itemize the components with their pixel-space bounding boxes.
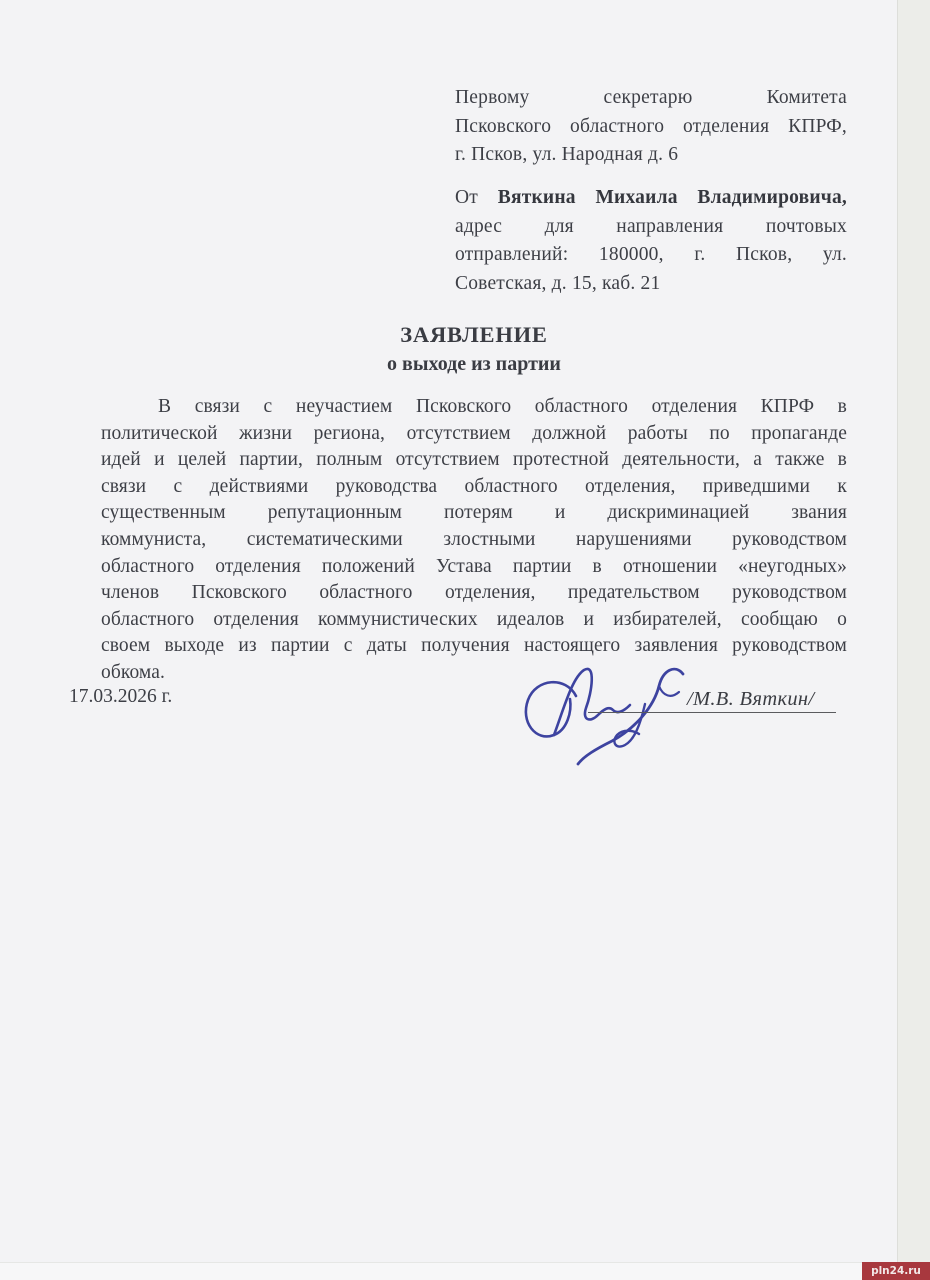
scanner-background-strip: [897, 0, 930, 1280]
sender-address-line: адрес для направления почтовых: [455, 213, 847, 242]
body-line: существенным репутационным потерям и дис…: [101, 500, 847, 527]
signature-name: /М.В. Вяткин/: [687, 688, 814, 711]
handwritten-signature: [512, 646, 702, 776]
sender-prefix: От: [455, 187, 498, 208]
body-line: В связи с неучастием Псковского областно…: [101, 394, 847, 421]
body-line: политической жизни региона, отсутствием …: [101, 421, 847, 448]
body-line: областного отделения положений Устава па…: [101, 554, 847, 581]
body-line: областного отделения коммунистических ид…: [101, 607, 847, 634]
body-line: членов Псковского областного отделения, …: [101, 580, 847, 607]
sender-address-line: Советская, д. 15, каб. 21: [455, 270, 847, 299]
signature-line: [588, 712, 836, 713]
recipient-line: г. Псков, ул. Народная д. 6: [455, 141, 847, 170]
recipient-line: Псковского областного отделения КПРФ,: [455, 113, 847, 142]
title-block: ЗАЯВЛЕНИЕ о выходе из партии: [101, 322, 847, 376]
page-bottom-edge: [0, 1262, 862, 1280]
body-paragraph: В связи с неучастием Псковского областно…: [101, 394, 847, 687]
body-line: идей и целей партии, полным отсутствием …: [101, 447, 847, 474]
document-title: ЗАЯВЛЕНИЕ: [101, 322, 847, 348]
watermark-badge: pln24.ru: [862, 1262, 930, 1280]
recipient-line: Первому секретарю Комитета: [455, 84, 847, 113]
recipient-block: Первому секретарю Комитета Псковского об…: [455, 84, 847, 170]
sender-name-line: От Вяткина Михаила Владимировича,: [455, 184, 847, 213]
body-line: обкома.: [101, 660, 847, 687]
document-subtitle: о выходе из партии: [101, 353, 847, 376]
sender-block: От Вяткина Михаила Владимировича, адрес …: [455, 184, 847, 298]
scanned-statement-page: Первому секретарю Комитета Псковского об…: [0, 0, 930, 1280]
sender-address-line: отправлений: 180000, г. Псков, ул.: [455, 241, 847, 270]
sender-name-comma: ,: [842, 187, 847, 208]
date: 17.03.2026 г.: [69, 686, 172, 708]
body-line: коммуниста, систематическими злостными н…: [101, 527, 847, 554]
body-line: своем выходе из партии с даты получения …: [101, 633, 847, 660]
body-line: связи с действиями руководства областног…: [101, 474, 847, 501]
sender-name: Вяткина Михаила Владимировича: [498, 187, 842, 208]
